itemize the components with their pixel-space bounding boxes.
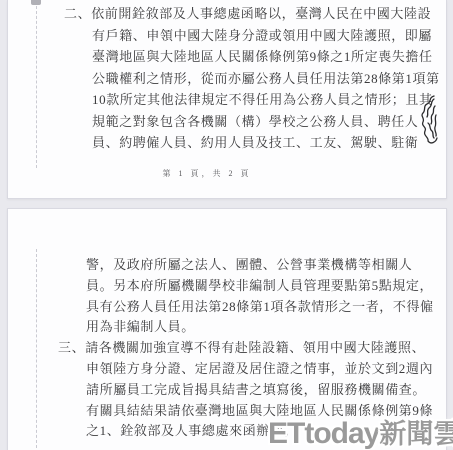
page-number-footer: 第 1 頁，共 2 頁 bbox=[8, 168, 406, 179]
seal-stamp-icon bbox=[419, 93, 443, 149]
document-line: 申領陸方身分證、定居證及居住證之情事，並於文到2週內 bbox=[38, 359, 434, 380]
document-line: 二、依前開銓敘部及人事總處函略以，臺灣人民在中國大陸設 bbox=[44, 3, 440, 25]
page-1-body: 二、依前開銓敘部及人事總處函略以，臺灣人民在中國大陸設 有戶籍、申領中國大陸身分… bbox=[44, 3, 440, 154]
watermark-brand: ETtoday bbox=[268, 417, 379, 450]
document-line: 有戶籍、申領中國大陸身分證或領用中國大陸護照，即屬 bbox=[44, 25, 440, 47]
document-line: 10款所定其他法律規定不得任用為公務人員之情形；且其 bbox=[44, 89, 440, 111]
document-line: 用為非編制人員。 bbox=[38, 317, 434, 338]
perforation-line bbox=[36, 6, 37, 168]
document-line: 請所屬員工完成旨揭具結書之填寫後，留服務機關備查。 bbox=[38, 380, 434, 401]
document-line: 臺灣地區與大陸地區人民關係條例第9條之1所定喪失擔任 bbox=[44, 46, 440, 68]
document-line: 警，及政府所屬之法人、團體、公營事業機構等相關人 bbox=[38, 255, 434, 276]
document-line: 規範之對象包含各機關（構）學校之公務人員、聘任人 bbox=[44, 111, 440, 133]
binder-mark bbox=[31, 0, 41, 5]
perforation-line bbox=[36, 249, 37, 450]
document-line: 員、約聘僱人員、約用人員及技工、工友、駕駛、駐衛 bbox=[44, 132, 440, 154]
document-line: 具有公務人員任用法第28條第1項各款情形之一者，不得僱 bbox=[38, 297, 434, 318]
document-line: 員。另本府所屬機關學校非編制人員管理要點第5點規定， bbox=[38, 276, 434, 297]
ettoday-watermark: ETtoday新聞雲 bbox=[268, 412, 453, 450]
document-line: 三、請各機關加強宣導不得有赴陸設籍、領用中國大陸護照、 bbox=[38, 338, 434, 359]
page-1: 二、依前開銓敘部及人事總處函略以，臺灣人民在中國大陸設 有戶籍、申領中國大陸身分… bbox=[7, 0, 447, 199]
document-line: 公職權利之情形，從而亦屬公務人員任用法第28條第1項第 bbox=[44, 68, 440, 90]
watermark-suffix: 新聞雲 bbox=[379, 419, 453, 449]
